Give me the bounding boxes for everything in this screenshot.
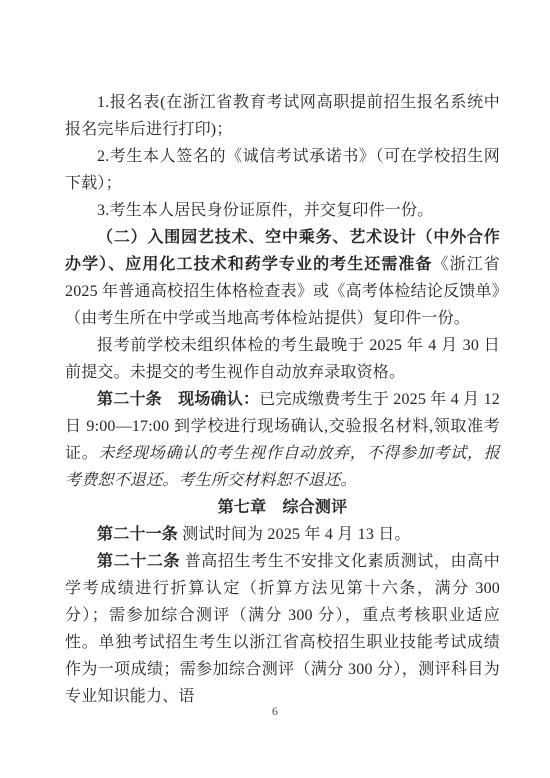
text-segment-normal: 3.考生本人居民身份证原件，并交复印件一份。 xyxy=(97,202,433,219)
paragraph: 3.考生本人居民身份证原件，并交复印件一份。 xyxy=(65,197,500,224)
page-number: 6 xyxy=(0,702,550,720)
paragraph: 1.报名表(在浙江省教育考试网高职提前招生报名系统中报名完毕后进行打印)； xyxy=(65,89,500,143)
document-page: 1.报名表(在浙江省教育考试网高职提前招生报名系统中报名完毕后进行打印)；2.考… xyxy=(0,0,550,778)
paragraph: 第二十条 现场确认：已完成缴费考生于 2025 年 4 月 12 日 9:00—… xyxy=(65,386,500,494)
text-segment-bold: 第七章 综合测评 xyxy=(218,499,348,516)
text-segment-normal: 普高招生考生不安排文化素质测试，由高中学考成绩进行折算认定（折算方法见第十六条，… xyxy=(65,553,500,705)
text-segment-bold: 第二十一条 xyxy=(97,526,178,543)
paragraph: （二）入围园艺技术、空中乘务、艺术设计（中外合作办学）、应用化工技术和药学专业的… xyxy=(65,224,500,332)
document-content: 1.报名表(在浙江省教育考试网高职提前招生报名系统中报名完毕后进行打印)；2.考… xyxy=(65,0,500,710)
paragraph: 第二十一条 测试时间为 2025 年 4 月 13 日。 xyxy=(65,521,500,548)
paragraph: 第二十二条 普高招生考生不安排文化素质测试，由高中学考成绩进行折算认定（折算方法… xyxy=(65,548,500,710)
paragraph: 报考前学校未组织体检的考生最晚于 2025 年 4 月 30 日前提交。未提交的… xyxy=(65,332,500,386)
text-segment-bold: 第二十条 现场确认： xyxy=(97,391,259,408)
chapter-heading: 第七章 综合测评 xyxy=(65,494,500,521)
text-segment-normal: 2.考生本人签名的《诚信考试承诺书》（可在学校招生网下载）； xyxy=(65,148,500,192)
text-segment-kai: 未经现场确认的考生视作自动放弃，不得参加考试，报考费恕不退还。考生所交材料恕不退… xyxy=(65,445,500,489)
text-segment-normal: 1.报名表(在浙江省教育考试网高职提前招生报名系统中报名完毕后进行打印)； xyxy=(65,94,500,138)
paragraph: 2.考生本人签名的《诚信考试承诺书》（可在学校招生网下载）； xyxy=(65,143,500,197)
text-segment-bold: 第二十二条 xyxy=(97,553,180,570)
text-segment-normal: 报考前学校未组织体检的考生最晚于 2025 年 4 月 30 日前提交。未提交的… xyxy=(65,337,500,381)
text-segment-normal: 测试时间为 2025 年 4 月 13 日。 xyxy=(178,526,411,543)
